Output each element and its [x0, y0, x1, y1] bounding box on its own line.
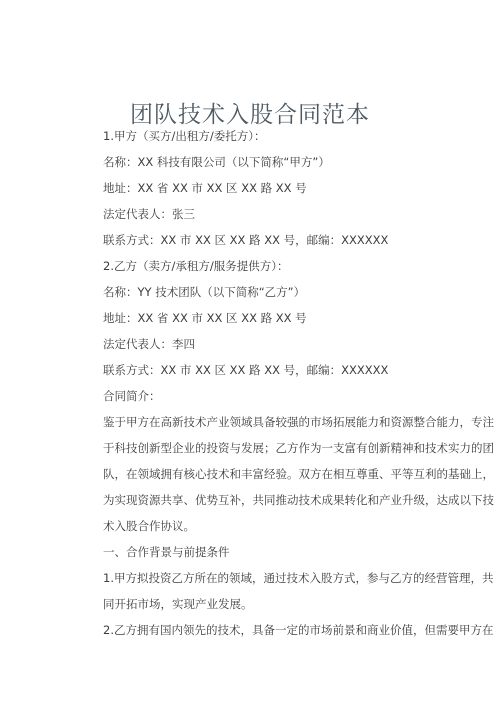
party-a-heading: 1.甲方（买方/出租方/委托方）：	[103, 129, 265, 143]
clause-1-line: 同开拓市场，实现产业发展。	[103, 597, 253, 611]
intro-paragraph-line: 于科技创新型企业的投资与发展；乙方作为一支富有创新精神和技术实力的团	[103, 441, 494, 455]
party-b-address: 地址：XX 省 XX 市 XX 区 XX 路 XX 号	[103, 311, 307, 325]
section-1-heading: 一、合作背景与前提条件	[103, 545, 230, 559]
intro-paragraph-line: 鉴于甲方在高新技术产业领域具备较强的市场拓展能力和资源整合能力，专注	[103, 415, 494, 429]
party-a-contact: 联系方式：XX 市 XX 区 XX 路 XX 号，邮编：XXXXXX	[103, 233, 388, 247]
party-b-heading: 2.乙方（卖方/承租方/服务提供方）：	[103, 259, 288, 273]
document-page: 团队技术入股合同范本 1.甲方（买方/出租方/委托方）： 名称：XX 科技有限公…	[0, 0, 500, 707]
party-a-representative: 法定代表人：张三	[103, 207, 195, 221]
party-a-name: 名称：XX 科技有限公司（以下简称“甲方”）	[103, 155, 330, 169]
contract-intro-heading: 合同简介：	[103, 389, 161, 403]
clause-2-line: 2.乙方拥有国内领先的技术，具备一定的市场前景和商业价值，但需要甲方在	[103, 623, 493, 637]
document-title: 团队技术入股合同范本	[0, 101, 500, 129]
party-b-contact: 联系方式：XX 市 XX 区 XX 路 XX 号，邮编：XXXXXX	[103, 363, 388, 377]
intro-paragraph-line: 队，在领域拥有核心技术和丰富经验。双方在相互尊重、平等互利的基础上，	[103, 467, 494, 481]
clause-1-line: 1.甲方拟投资乙方所在的领域，通过技术入股方式，参与乙方的经营管理，共	[103, 571, 493, 585]
intro-paragraph-line: 术入股合作协议。	[103, 519, 195, 533]
intro-paragraph-line: 为实现资源共享、优势互补，共同推动技术成果转化和产业升级，达成以下技	[103, 493, 494, 507]
party-b-name: 名称：YY 技术团队（以下简称“乙方”）	[103, 285, 305, 299]
party-b-representative: 法定代表人：李四	[103, 337, 195, 351]
party-a-address: 地址：XX 省 XX 市 XX 区 XX 路 XX 号	[103, 181, 307, 195]
